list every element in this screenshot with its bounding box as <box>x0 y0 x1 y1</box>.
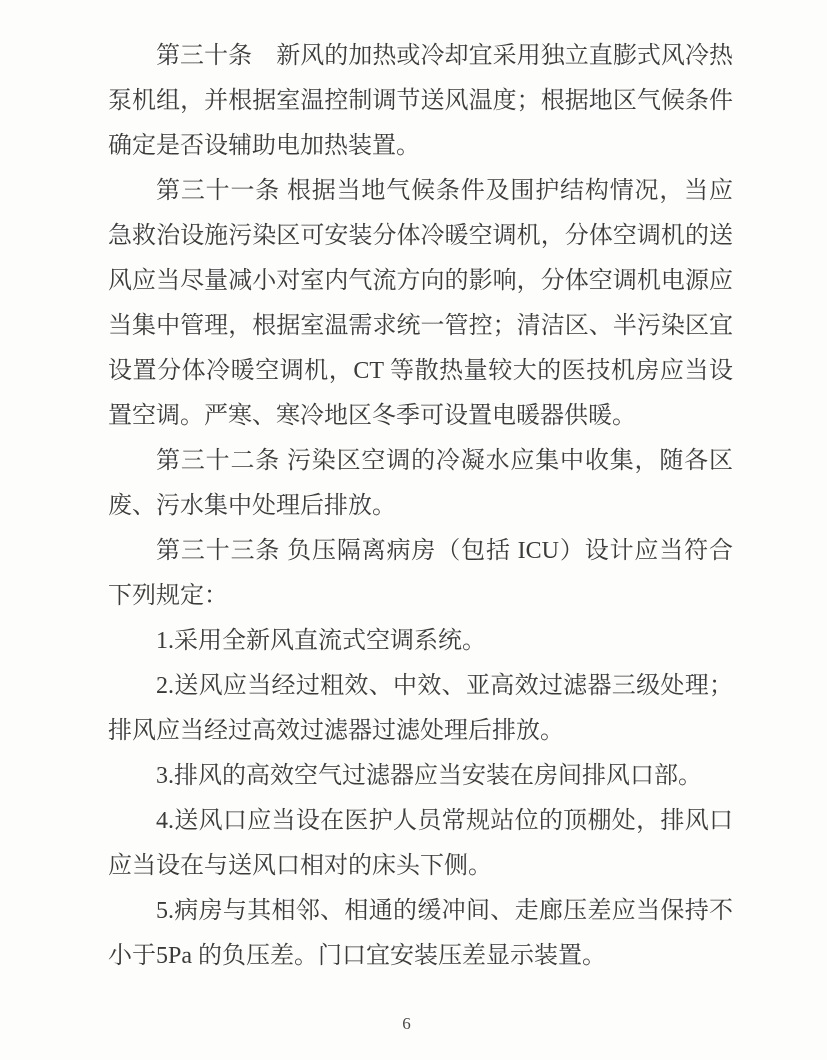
paragraph-article-33-item-2: 2.送风应当经过粗效、中效、亚高效过滤器三级处理；排风应当经过高效过滤器过滤处理… <box>108 664 733 754</box>
paragraph-article-33-item-3: 3.排风的高效空气过滤器应当安装在房间排风口部。 <box>108 754 733 799</box>
paragraph-article-33-item-4: 4.送风口应当设在医护人员常规站位的顶棚处，排风口应当设在与送风口相对的床头下侧… <box>108 799 733 889</box>
page-number: 6 <box>0 1014 813 1034</box>
paragraph-article-33-item-5: 5.病房与其相邻、相通的缓冲间、走廊压差应当保持不小于5Pa 的负压差。门口宜安… <box>108 889 733 979</box>
document-body: 第三十条 新风的加热或冷却宜采用独立直膨式风冷热泵机组，并根据室温控制调节送风温… <box>108 34 733 979</box>
document-page: 第三十条 新风的加热或冷却宜采用独立直膨式风冷热泵机组，并根据室温控制调节送风温… <box>0 0 827 1060</box>
paragraph-article-31: 第三十一条 根据当地气候条件及围护结构情况，当应急救治设施污染区可安装分体冷暖空… <box>108 169 733 439</box>
paragraph-article-32: 第三十二条 污染区空调的冷凝水应集中收集，随各区废、污水集中处理后排放。 <box>108 439 733 529</box>
paragraph-article-33: 第三十三条 负压隔离病房（包括 ICU）设计应当符合下列规定： <box>108 529 733 619</box>
paragraph-article-33-item-1: 1.采用全新风直流式空调系统。 <box>108 619 733 664</box>
paragraph-article-30: 第三十条 新风的加热或冷却宜采用独立直膨式风冷热泵机组，并根据室温控制调节送风温… <box>108 34 733 169</box>
